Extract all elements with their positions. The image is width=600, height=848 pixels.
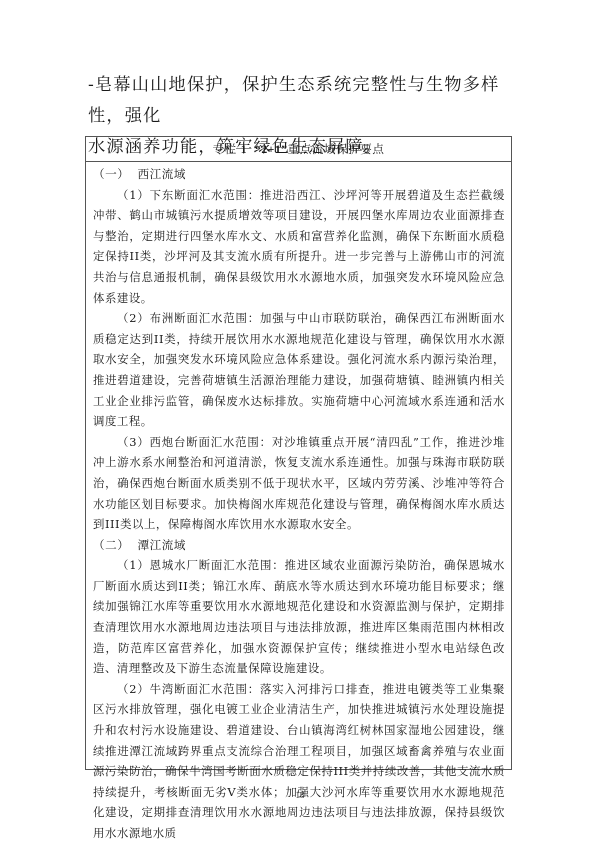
section-title: 潭江流域: [137, 538, 186, 552]
box-label: 专栏: [213, 142, 237, 156]
intro-line: -皂幕山山地保护，保护生态系统完整性与生物多样性，强化: [88, 70, 518, 132]
box-body: （一）西江流域 （1）下东断面汇水范围：推进沿西江、沙坪河等开展碧道及生态拦截缓…: [86, 162, 511, 844]
section-index: （一）: [93, 167, 129, 181]
paragraph: （1）下东断面汇水范围：推进沿西江、沙坪河等开展碧道及生态拦截缓冲带、鹤山市城镇…: [93, 185, 505, 309]
paragraph: （3）西炮台断面汇水范围：对沙堆镇重点开展“清四乱”工作，推进沙堆冲上游水系水闸…: [93, 432, 505, 535]
box-number: 1: [241, 144, 247, 156]
paragraph: （2）牛湾断面汇水范围：落实入河排污口排查，推进电镀类等工业集聚区污水排放管理，…: [93, 679, 505, 844]
box-title: 重点流域保护要点: [288, 142, 385, 156]
section-xijiang: （一）西江流域 （1）下东断面汇水范围：推进沿西江、沙坪河等开展碧道及生态拦截缓…: [93, 164, 505, 535]
section-heading: （一）西江流域: [93, 164, 505, 185]
paragraph: （1）恩城水厂断面汇水范围：推进区域农业面源污染防治，确保恩城水厂断面水质达到I…: [93, 555, 505, 679]
box-header: 专栏1“2+1”重点流域保护要点: [86, 137, 511, 162]
section-index: （二）: [93, 538, 129, 552]
paragraph: （2）布洲断面汇水范围：加强与中山市联防联治，确保西江布洲断面水质稳定达到II类…: [93, 308, 505, 432]
section-title: 西江流域: [137, 167, 186, 181]
box-quoted: “2+1”: [255, 144, 288, 156]
feature-box: 专栏1“2+1”重点流域保护要点 （一）西江流域 （1）下东断面汇水范围：推进沿…: [85, 136, 512, 770]
section-heading: （二）潭江流域: [93, 535, 505, 556]
page-number: 18: [0, 790, 600, 800]
